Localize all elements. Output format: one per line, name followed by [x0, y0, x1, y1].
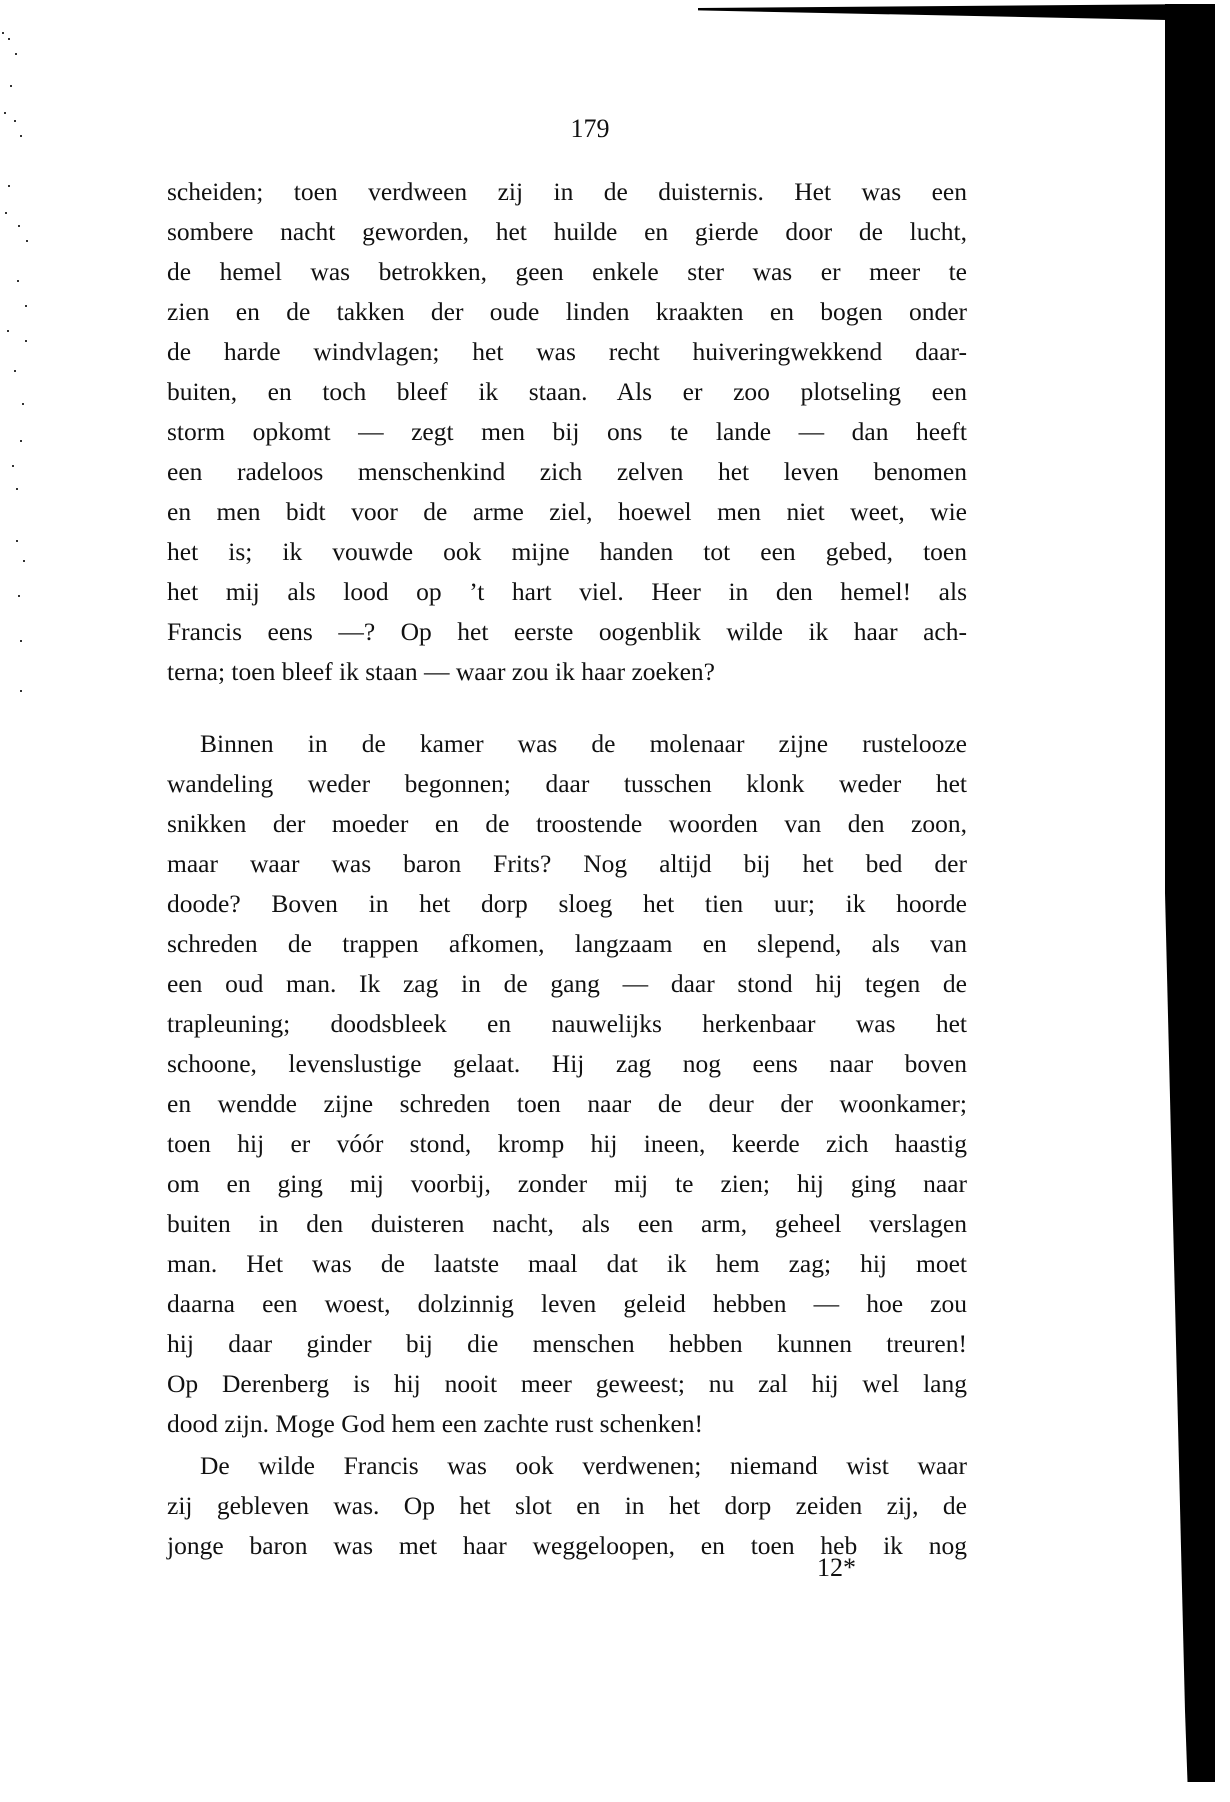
- text-line: maar waar was baron Frits? Nog altijd bi…: [167, 844, 967, 884]
- scan-speck: [2, 32, 4, 34]
- scan-speck: [25, 340, 27, 342]
- paragraph: scheiden; toen verdween zij in de duiste…: [167, 172, 967, 692]
- text-line: de hemel was betrokken, geen enkele ster…: [167, 252, 967, 292]
- text-line: storm opkomt — zegt men bij ons te lande…: [167, 412, 967, 452]
- scan-speck: [14, 120, 16, 122]
- scan-speck: [17, 280, 19, 282]
- scan-speck: [8, 38, 10, 40]
- page-number: 179: [560, 112, 620, 146]
- text-line: scheiden; toen verdween zij in de duiste…: [167, 172, 967, 212]
- text-line: dood zijn. Moge God hem een zachte rust …: [167, 1404, 967, 1444]
- text-line: hij daar ginder bij die menschen hebben …: [167, 1324, 967, 1364]
- paragraph: De wilde Francis was ook verdwenen; niem…: [167, 1446, 967, 1566]
- page-edge-shadow-top: [698, 4, 1208, 20]
- scan-speck: [8, 185, 10, 187]
- text-line: doode? Boven in het dorp sloeg het tien …: [167, 884, 967, 924]
- text-line: daarna een woest, dolzinnig leven geleid…: [167, 1284, 967, 1324]
- text-line: man. Het was de laatste maal dat ik hem …: [167, 1244, 967, 1284]
- text-line: Op Derenberg is hij nooit meer geweest; …: [167, 1364, 967, 1404]
- scan-speck: [16, 488, 18, 490]
- text-line: om en ging mij voorbij, zonder mij te zi…: [167, 1164, 967, 1204]
- text-line: het mij als lood op ’t hart viel. Heer i…: [167, 572, 967, 612]
- scan-speck: [12, 465, 14, 467]
- text-line: de harde windvlagen; het was recht huive…: [167, 332, 967, 372]
- page-edge-shadow-right: [1165, 4, 1215, 1782]
- signature-mark: 12*: [817, 1552, 856, 1584]
- paragraph: Binnen in de kamer was de molenaar zijne…: [167, 724, 967, 1444]
- scan-speck: [20, 640, 22, 642]
- text-line: het is; ik vouwde ook mijne handen tot e…: [167, 532, 967, 572]
- text-line: zij gebleven was. Op het slot en in het …: [167, 1486, 967, 1526]
- scan-speck: [20, 135, 22, 137]
- text-line: trapleuning; doodsbleek en nauwelijks he…: [167, 1004, 967, 1044]
- text-line: snikken der moeder en de troostende woor…: [167, 804, 967, 844]
- scan-speck: [26, 240, 28, 242]
- scan-speck: [25, 305, 27, 307]
- text-line: wandeling weder begonnen; daar tusschen …: [167, 764, 967, 804]
- text-line: en wendde zijne schreden toen naar de de…: [167, 1084, 967, 1124]
- scan-speck: [18, 225, 20, 227]
- scan-speck: [5, 212, 7, 214]
- scan-speck: [20, 690, 22, 692]
- text-line: toen hij er vóór stond, kromp hij ineen,…: [167, 1124, 967, 1164]
- text-line: en men bidt voor de arme ziel, hoewel me…: [167, 492, 967, 532]
- text-line: buiten in den duisteren nacht, als een a…: [167, 1204, 967, 1244]
- text-line: Francis eens —? Op het eerste oogenblik …: [167, 612, 967, 652]
- text-line: De wilde Francis was ook verdwenen; niem…: [167, 1446, 967, 1486]
- text-line: buiten, en toch bleef ik staan. Als er z…: [167, 372, 967, 412]
- scan-speck: [22, 403, 24, 405]
- scan-speck: [10, 85, 12, 87]
- scan-speck: [23, 560, 25, 562]
- text-line: een radeloos menschenkind zich zelven he…: [167, 452, 967, 492]
- scan-speck: [4, 112, 6, 114]
- text-line: schreden de trappen afkomen, langzaam en…: [167, 924, 967, 964]
- text-line: sombere nacht geworden, het huilde en gi…: [167, 212, 967, 252]
- scan-speck: [7, 330, 9, 332]
- scan-speck: [20, 440, 22, 442]
- text-line: terna; toen bleef ik staan — waar zou ik…: [167, 652, 967, 692]
- text-line: een oud man. Ik zag in de gang — daar st…: [167, 964, 967, 1004]
- scan-speck: [18, 595, 20, 597]
- text-line: zien en de takken der oude linden kraakt…: [167, 292, 967, 332]
- text-line: schoone, levenslustige gelaat. Hij zag n…: [167, 1044, 967, 1084]
- scan-speck: [14, 370, 16, 372]
- scan-speck: [15, 53, 17, 55]
- text-line: Binnen in de kamer was de molenaar zijne…: [167, 724, 967, 764]
- scan-speck: [16, 540, 18, 542]
